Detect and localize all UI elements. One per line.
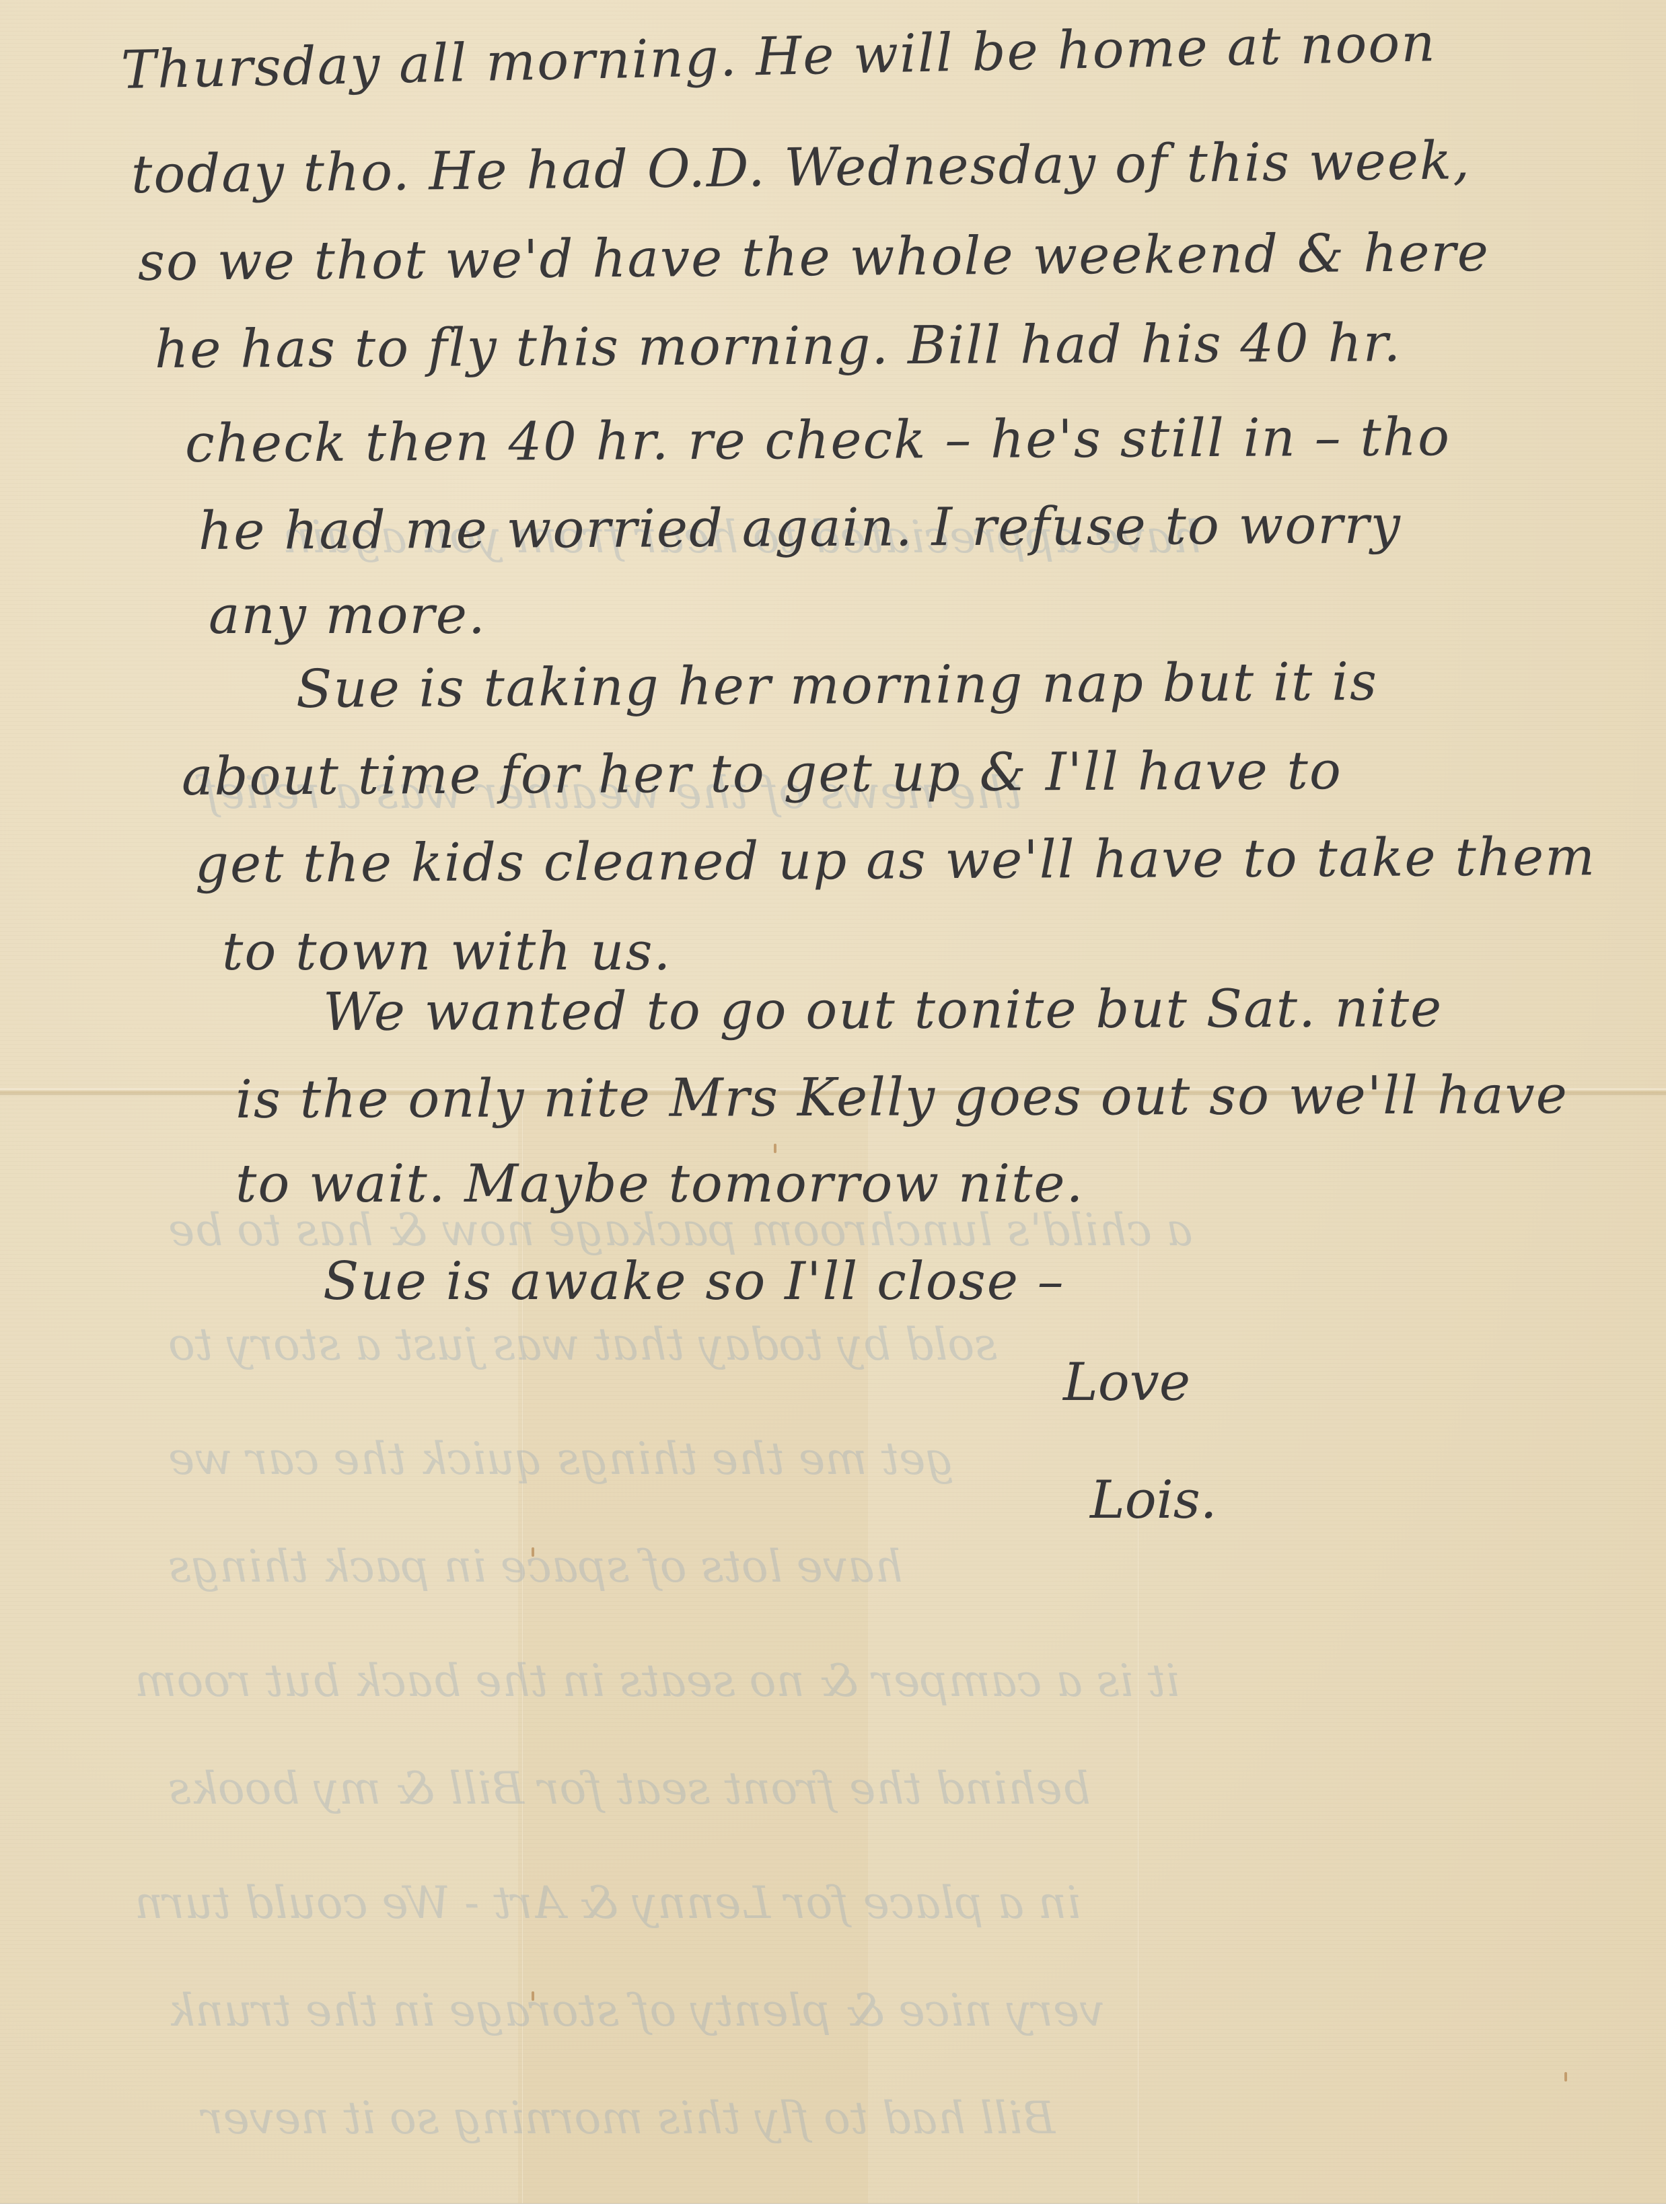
bleed-through-text: get me the things quick the car we — [168, 1433, 954, 1485]
letter-line: he had me worried again. I refuse to wor… — [198, 495, 1402, 562]
letter-line: he has to fly this morning. Bill had his… — [155, 313, 1402, 380]
letter-line: Sue is taking her morning nap but it is — [296, 652, 1379, 720]
bleed-through-text: very nice & plenty of storage in the tru… — [168, 1985, 1104, 2036]
letter-closing: Love — [1063, 1352, 1190, 1413]
letter-line: today tho. He had O.D. Wednesday of this… — [131, 131, 1472, 205]
bleed-through-text: it is a camper & no seats in the back bu… — [135, 1655, 1180, 1707]
stain-speck — [532, 1547, 534, 1557]
letter-line: about time for her to get up & I'll have… — [182, 741, 1342, 807]
letter-line: check then 40 hr. re check – he's still … — [185, 407, 1451, 474]
letter-signature: Lois. — [1090, 1470, 1217, 1531]
vertical-crease — [1137, 1093, 1139, 2203]
letter-line: to wait. Maybe tomorrow nite. — [236, 1154, 1084, 1214]
scanner-edge — [0, 2203, 1666, 2212]
stain-speck — [774, 1144, 776, 1153]
letter-line: so we thot we'd have the whole weekend &… — [138, 223, 1490, 293]
bleed-through-text: behind the front seat for Bill & my book… — [168, 1763, 1091, 1814]
bleed-through-text: Bill had to fly this morning so it never — [202, 2092, 1055, 2144]
stain-speck — [532, 1991, 534, 2001]
letter-line: any more. — [209, 585, 486, 646]
letter-page: have appreciated to hear from you again … — [0, 0, 1666, 2203]
bleed-through-text: sold by today that was just a story to — [168, 1319, 997, 1370]
letter-line: Sue is awake so I'll close – — [323, 1251, 1065, 1312]
letter-line: get the kids cleaned up as we'll have to… — [195, 827, 1597, 895]
bleed-through-text: have lots of space in pack things — [168, 1541, 903, 1592]
letter-line: is the only nite Mrs Kelly goes out so w… — [236, 1065, 1568, 1130]
bleed-through-text: in a place for Lenny & Art - We could tu… — [135, 1877, 1081, 1929]
letter-line: to town with us. — [222, 922, 672, 982]
stain-speck — [1564, 2072, 1567, 2081]
letter-line: We wanted to go out tonite but Sat. nite — [323, 978, 1443, 1043]
letter-line: Thursday all morning. He will be home at… — [120, 13, 1437, 101]
